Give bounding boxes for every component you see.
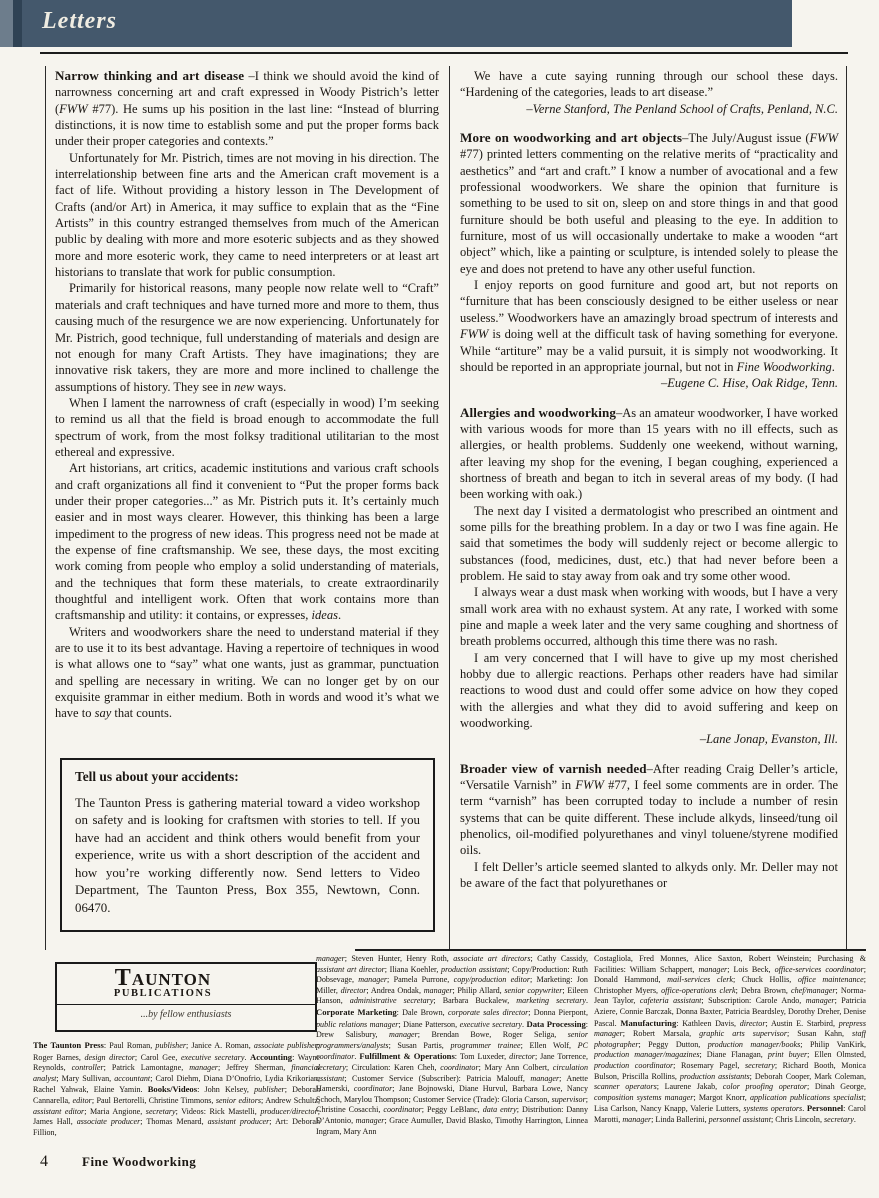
paragraph: The next day I visited a dermatologist w… (460, 503, 838, 585)
paragraph: Art historians, art critics, academic in… (55, 460, 439, 623)
letters-text-left: Narrow thinking and art disease –I think… (55, 68, 439, 722)
paragraph: I felt Deller’s article seemed slanted t… (460, 859, 838, 892)
logo-tagline: ...by fellow enthusiasts (57, 1009, 315, 1020)
paragraph: More on woodworking and art objects–The … (460, 130, 838, 277)
logo-name: TAUNTON (57, 970, 269, 988)
paragraph: I am very concerned that I will have to … (460, 650, 838, 732)
paragraph: Broader view of varnish needed–After rea… (460, 761, 838, 859)
paragraph: –Lane Jonap, Evanston, Ill. (460, 731, 838, 747)
paragraph: I always wear a dust mask when working w… (460, 584, 838, 649)
paragraph: We have a cute saying running through ou… (460, 68, 838, 101)
paragraph: Primarily for historical reasons, many p… (55, 280, 439, 394)
paragraph: –Eugene C. Hise, Oak Ridge, Tenn. (460, 375, 838, 391)
paragraph: Narrow thinking and art disease –I think… (55, 68, 439, 150)
banner-left-stripe (0, 0, 22, 47)
letters-text-right: We have a cute saying running through ou… (460, 68, 838, 892)
magazine-title: Fine Woodworking (82, 1154, 196, 1169)
masthead-column-3: Costagliola, Fred Monnes, Alice Saxton, … (594, 954, 866, 1126)
masthead-column-2: manager; Steven Hunter, Henry Roth, asso… (316, 954, 588, 1137)
accident-box-heading: Tell us about your accidents: (75, 769, 420, 785)
page-section-title: Letters (42, 8, 117, 35)
paragraph: Unfortunately for Mr. Pistrich, times ar… (55, 150, 439, 281)
section-banner: Letters (0, 0, 792, 47)
paragraph: Allergies and woodworking–As an amateur … (460, 405, 838, 503)
accident-box-body: The Taunton Press is gathering material … (75, 795, 420, 918)
letters-column-left: Narrow thinking and art disease –I think… (45, 66, 449, 950)
page-footer: 4Fine Woodworking (40, 1153, 196, 1171)
paragraph: –Verne Stanford, The Penland School of C… (460, 101, 838, 117)
logo-subtitle: PUBLICATIONS (57, 988, 269, 999)
paragraph: I enjoy reports on good furniture and go… (460, 277, 838, 375)
paragraph: When I lament the narrowness of craft (e… (55, 395, 439, 460)
masthead-divider (355, 949, 866, 951)
taunton-publications-logo: TAUNTON PUBLICATIONS ...by fellow enthus… (55, 962, 317, 1032)
header-divider (40, 52, 848, 54)
masthead-column-1: The Taunton Press: Paul Roman, publisher… (33, 1040, 320, 1138)
logo-divider (57, 1004, 315, 1005)
page-number: 4 (40, 1153, 48, 1170)
accident-notice-box: Tell us about your accidents: The Taunto… (60, 758, 435, 933)
letters-column-right: We have a cute saying running through ou… (449, 66, 847, 950)
letters-content: Narrow thinking and art disease –I think… (45, 66, 847, 950)
paragraph: Writers and woodworkers share the need t… (55, 624, 439, 722)
